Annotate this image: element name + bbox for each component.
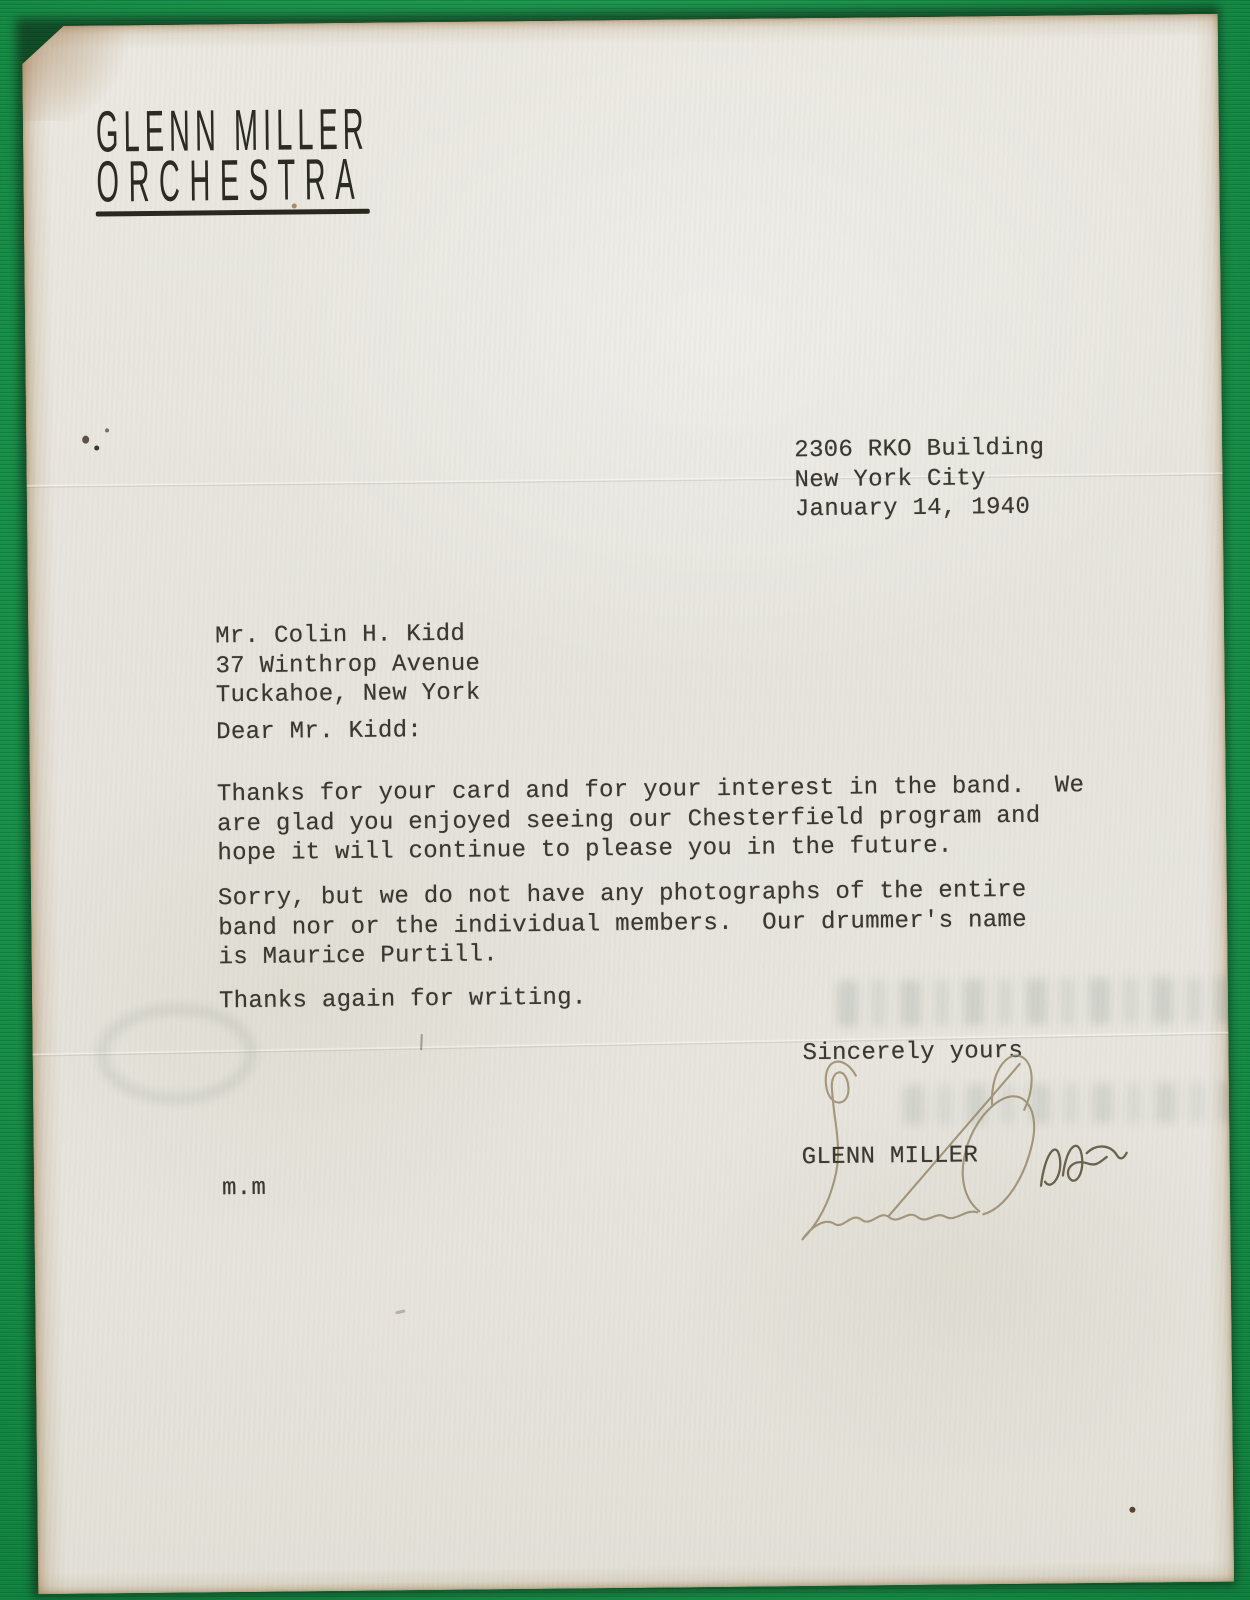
salutation: Dear Mr. Kidd:: [216, 716, 422, 748]
typed-signature: GLENN MILLER: [802, 1141, 979, 1172]
typed-signature-line: GLENN MILLER: [802, 1141, 979, 1172]
foxing-speck: [292, 203, 297, 208]
sender-address-block: 2306 RKO Building New York City January …: [794, 434, 1045, 525]
letter-page: GLENN MILLER ORCHESTRA 2306 RKO Building…: [22, 14, 1234, 1594]
salutation-line: Dear Mr. Kidd:: [216, 716, 422, 748]
bleed-through-mark: [97, 1004, 256, 1104]
typist-initials-line: m.m: [222, 1174, 266, 1204]
recipient-line: 37 Winthrop Avenue: [215, 649, 480, 681]
body-paragraph-1: Thanks for your card and for your intere…: [217, 771, 1085, 869]
photo-background: GLENN MILLER ORCHESTRA 2306 RKO Building…: [0, 0, 1250, 1600]
scratch-mark: [395, 1309, 405, 1314]
foxing-speck: [94, 446, 99, 451]
recipient-line: Tuckahoe, New York: [216, 679, 481, 711]
sender-address-line: January 14, 1940: [795, 493, 1045, 525]
foxing-speck: [1129, 1507, 1135, 1513]
foxing-speck: [105, 428, 109, 432]
typist-initials: m.m: [222, 1174, 266, 1204]
body-paragraph-2: Sorry, but we do not have any photograph…: [218, 876, 1028, 973]
foxing-speck: [82, 436, 89, 444]
body-line: Thanks again for writing.: [219, 983, 587, 1016]
recipient-address-block: Mr. Colin H. Kidd 37 Winthrop Avenue Tuc…: [215, 620, 481, 711]
sender-address-line: 2306 RKO Building: [794, 434, 1044, 466]
letterhead-subname: ORCHESTRA: [96, 151, 364, 212]
body-paragraph-3: Thanks again for writing.: [219, 983, 587, 1016]
bleed-through-text: [837, 977, 1237, 1027]
recipient-line: Mr. Colin H. Kidd: [215, 620, 480, 652]
sender-address-line: New York City: [794, 463, 1044, 495]
